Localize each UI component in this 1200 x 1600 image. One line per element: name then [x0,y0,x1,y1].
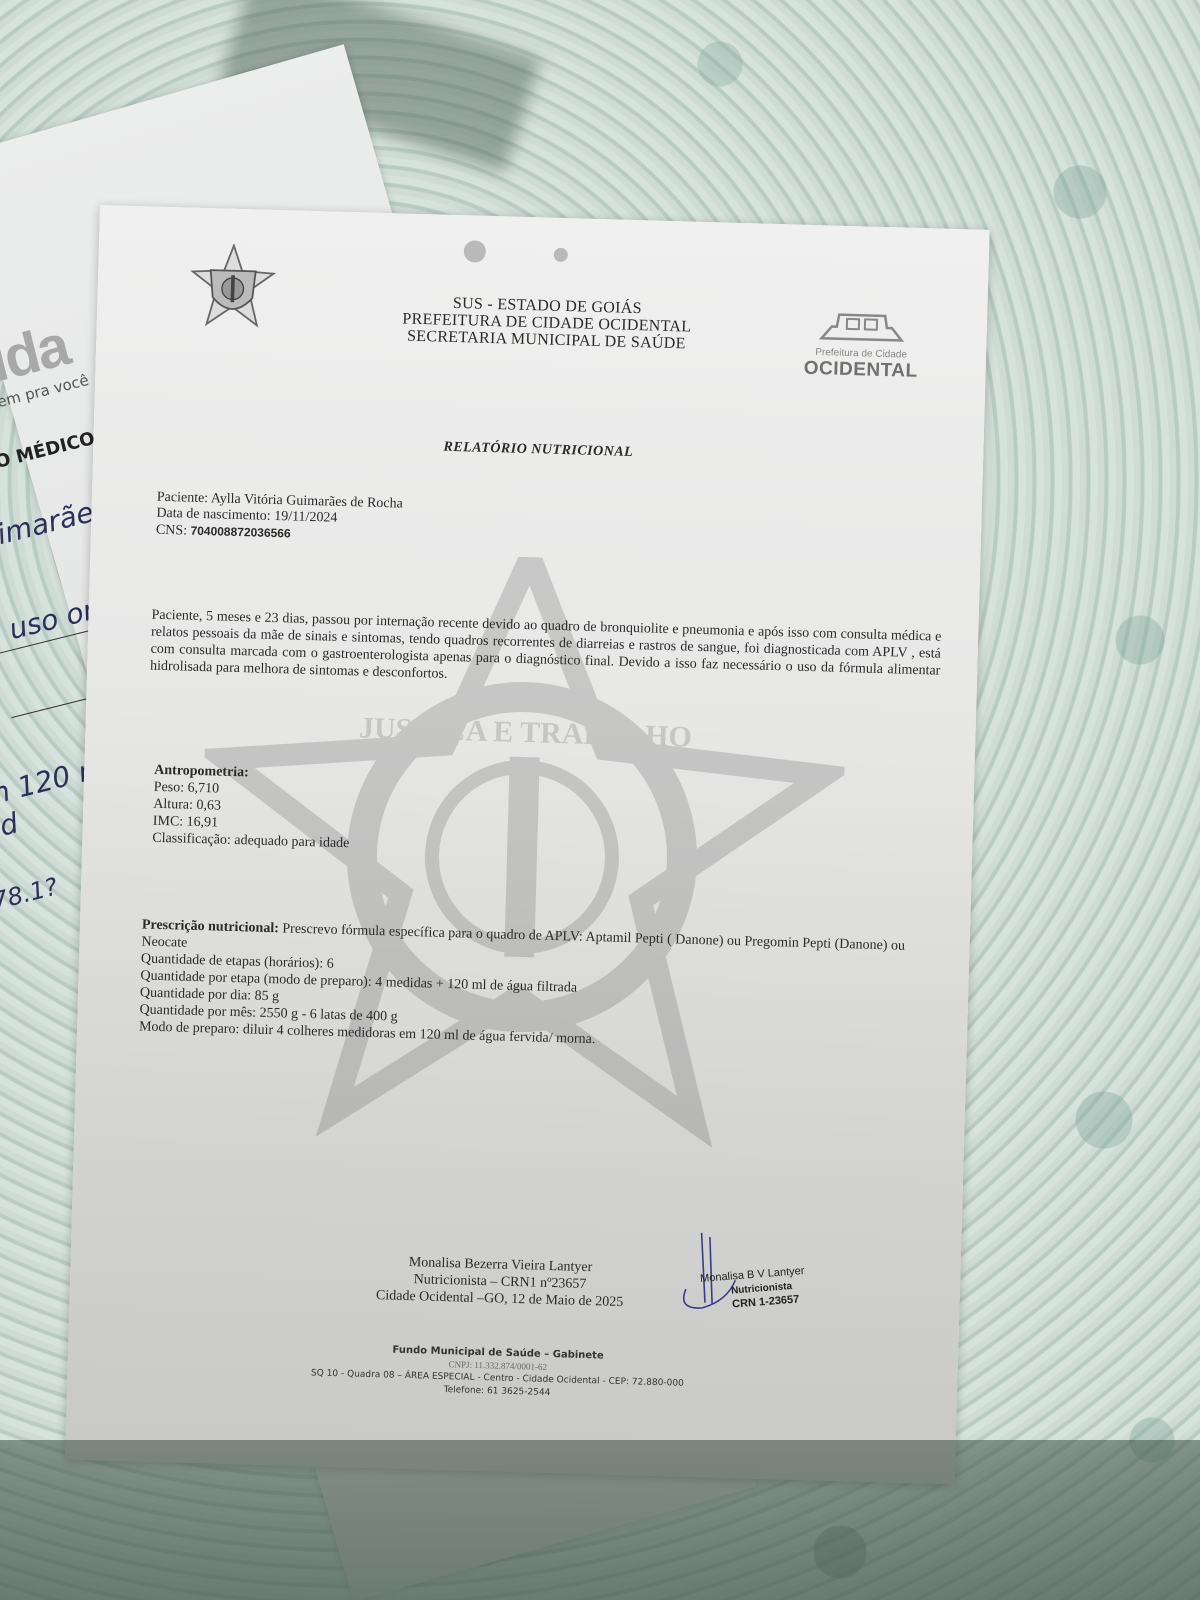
city-logo: Prefeitura de Cidade OCIDENTAL [795,310,927,394]
signature-block: Monalisa Bezerra Vieira Lantyer Nutricio… [359,1253,640,1312]
fabric-shadow-bottom [0,1440,1200,1600]
document-footer: Fundo Municipal de Saúde – Gabinete CNPJ… [217,1339,778,1407]
punch-hole [554,248,568,262]
patient-cns: 704008872036566 [190,524,290,541]
back-heading: O MÉDICO [0,428,97,473]
city-logo-big-text: OCIDENTAL [795,357,926,383]
nutrition-report-sheet: JUSTIÇA E TRABALHO SUS - ESTADO DE GOIÁS… [65,205,990,1484]
state-emblem-icon [186,242,278,334]
punch-hole [464,240,487,263]
patient-dob: 19/11/2024 [274,509,338,526]
city-hall-building-icon [816,310,907,345]
patient-cns-label: CNS: [156,523,188,539]
patient-name-label: Paciente: [157,490,209,506]
document-title: RELATÓRIO NUTRICIONAL [93,430,983,471]
professional-stamp: Monalisa B V Lantyer Nutricionista CRN 1… [672,1233,838,1325]
document-header: SUS - ESTADO DE GOIÁS PREFEITURA DE CIDA… [346,292,747,354]
patient-info: Paciente: Aylla Vitória Guimarães de Roc… [156,490,403,546]
patient-dob-label: Data de nascimento: [156,506,271,524]
handwriting-code: 78.1? [0,872,61,915]
prescription-heading: Prescrição nutricional: [142,917,279,936]
anthropometry-section: Antropometria: Peso: 6,710 Altura: 0,63 … [152,762,351,852]
prescription-section: Prescrição nutricional: Prescrevo fórmul… [139,916,932,1057]
